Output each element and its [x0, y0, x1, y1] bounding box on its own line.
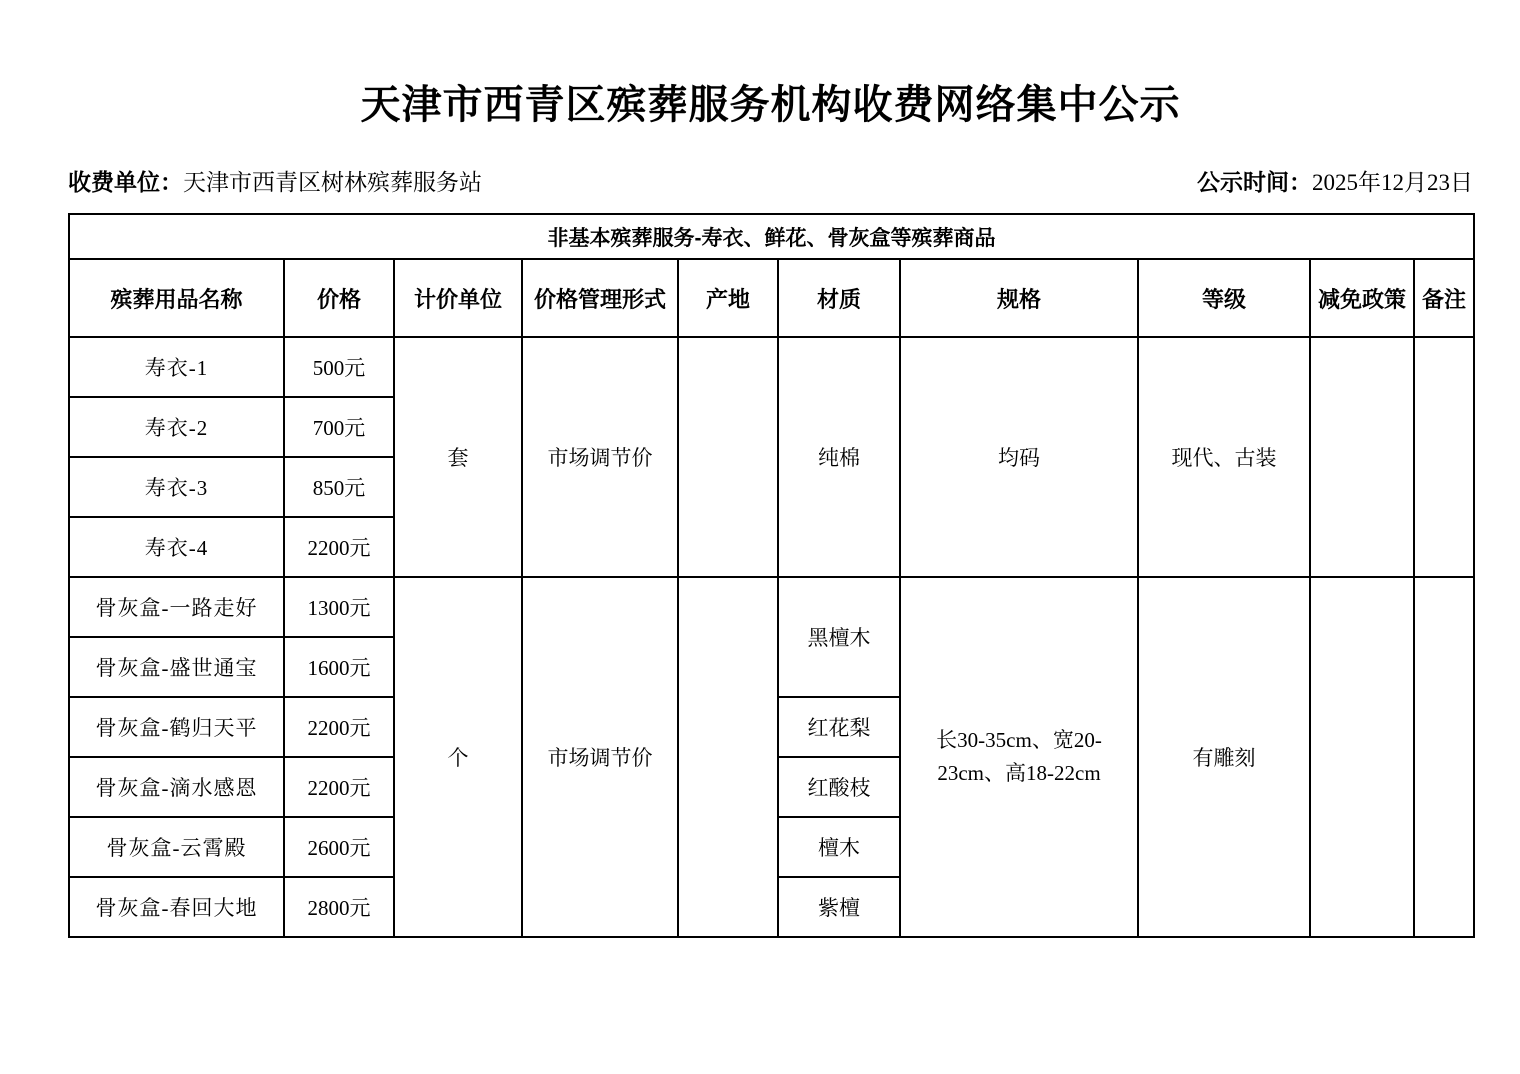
col-header-material: 材质: [778, 259, 900, 337]
publicity-time-value: 2025年12月23日: [1312, 170, 1473, 195]
origin-cell: [678, 577, 778, 937]
remark-cell: [1414, 577, 1474, 937]
price-table: 非基本殡葬服务-寿衣、鲜花、骨灰盒等殡葬商品 殡葬用品名称 价格 计价单位 价格…: [68, 213, 1475, 938]
item-name-cell: 骨灰盒-盛世通宝: [69, 637, 284, 697]
table-row: 寿衣-1 500元 套 市场调节价 纯棉 均码 现代、古装: [69, 337, 1474, 397]
spec-cell: 均码: [900, 337, 1138, 577]
price-management-cell: 市场调节价: [522, 577, 678, 937]
table-header-row: 殡葬用品名称 价格 计价单位 价格管理形式 产地 材质 规格 等级 减免政策 备…: [69, 259, 1474, 337]
material-cell: 檀木: [778, 817, 900, 877]
material-cell: 纯棉: [778, 337, 900, 577]
col-header-remark: 备注: [1414, 259, 1474, 337]
item-price-cell: 2200元: [284, 517, 394, 577]
item-name-cell: 骨灰盒-滴水感恩: [69, 757, 284, 817]
item-price-cell: 1300元: [284, 577, 394, 637]
col-header-origin: 产地: [678, 259, 778, 337]
item-price-cell: 2200元: [284, 757, 394, 817]
remark-cell: [1414, 337, 1474, 577]
document-page: 天津市西青区殡葬服务机构收费网络集中公示 收费单位：天津市西青区树林殡葬服务站 …: [0, 0, 1520, 1074]
material-cell: 红酸枝: [778, 757, 900, 817]
col-header-item-name: 殡葬用品名称: [69, 259, 284, 337]
table-section-title: 非基本殡葬服务-寿衣、鲜花、骨灰盒等殡葬商品: [69, 214, 1474, 259]
unit-cell: 套: [394, 337, 522, 577]
publicity-time: 公示时间：2025年12月23日: [1197, 168, 1473, 197]
material-cell: 黑檀木: [778, 577, 900, 697]
item-price-cell: 1600元: [284, 637, 394, 697]
item-price-cell: 850元: [284, 457, 394, 517]
price-management-cell: 市场调节价: [522, 337, 678, 577]
col-header-grade: 等级: [1138, 259, 1310, 337]
item-price-cell: 2200元: [284, 697, 394, 757]
item-price-cell: 700元: [284, 397, 394, 457]
material-cell: 红花梨: [778, 697, 900, 757]
page-title: 天津市西青区殡葬服务机构收费网络集中公示: [68, 0, 1473, 130]
charging-unit-label: 收费单位：: [68, 169, 183, 195]
item-price-cell: 2800元: [284, 877, 394, 937]
item-price-cell: 500元: [284, 337, 394, 397]
item-name-cell: 寿衣-1: [69, 337, 284, 397]
item-name-cell: 寿衣-3: [69, 457, 284, 517]
charging-unit-value: 天津市西青区树林殡葬服务站: [183, 170, 482, 195]
discount-policy-cell: [1310, 577, 1414, 937]
meta-row: 收费单位：天津市西青区树林殡葬服务站 公示时间：2025年12月23日: [68, 168, 1473, 197]
col-header-discount-policy: 减免政策: [1310, 259, 1414, 337]
item-name-cell: 寿衣-4: [69, 517, 284, 577]
table-section-row: 非基本殡葬服务-寿衣、鲜花、骨灰盒等殡葬商品: [69, 214, 1474, 259]
unit-cell: 个: [394, 577, 522, 937]
item-name-cell: 骨灰盒-春回大地: [69, 877, 284, 937]
col-header-price-management: 价格管理形式: [522, 259, 678, 337]
item-name-cell: 骨灰盒-鹤归天平: [69, 697, 284, 757]
item-price-cell: 2600元: [284, 817, 394, 877]
origin-cell: [678, 337, 778, 577]
col-header-unit: 计价单位: [394, 259, 522, 337]
charging-unit: 收费单位：天津市西青区树林殡葬服务站: [68, 168, 482, 197]
spec-cell: 长30-35cm、宽20-23cm、高18-22cm: [900, 577, 1138, 937]
item-name-cell: 骨灰盒-一路走好: [69, 577, 284, 637]
grade-cell: 现代、古装: [1138, 337, 1310, 577]
grade-cell: 有雕刻: [1138, 577, 1310, 937]
discount-policy-cell: [1310, 337, 1414, 577]
col-header-spec: 规格: [900, 259, 1138, 337]
table-row: 骨灰盒-一路走好 1300元 个 市场调节价 黑檀木 长30-35cm、宽20-…: [69, 577, 1474, 637]
col-header-price: 价格: [284, 259, 394, 337]
material-cell: 紫檀: [778, 877, 900, 937]
item-name-cell: 骨灰盒-云霄殿: [69, 817, 284, 877]
item-name-cell: 寿衣-2: [69, 397, 284, 457]
publicity-time-label: 公示时间：: [1197, 169, 1312, 195]
